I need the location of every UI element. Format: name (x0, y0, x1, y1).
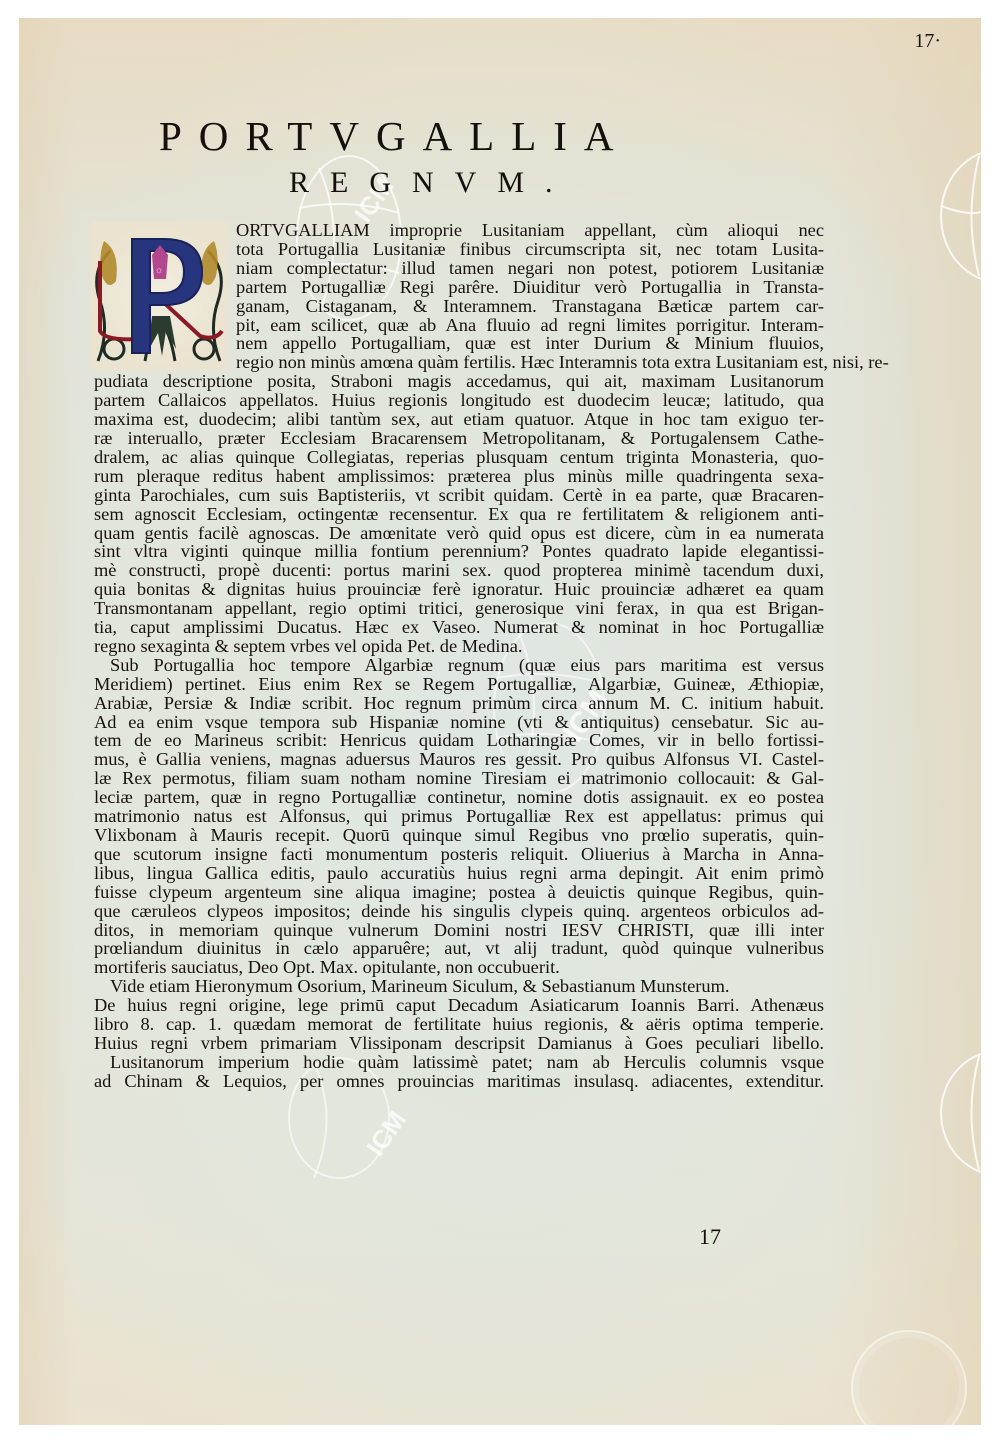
text-line: Vlixbonam à Mauris recepit. Quorū quinqu… (94, 826, 824, 845)
text-line: Arabiæ, Persiæ & Indiæ scribit. Hoc regn… (94, 694, 824, 713)
svg-text:ICM: ICM (360, 1105, 412, 1161)
text-line: Ad ea enim vsque tempora sub Hispaniæ no… (94, 713, 824, 732)
text-line: fuisse clypeum argenteum sine aliqua ima… (94, 883, 824, 902)
illuminated-letter-p-icon: ☼ (90, 221, 228, 371)
text-line: Transmontanam appellant, regio optimi tr… (94, 599, 824, 618)
text-line: rum pleraque reditus habent amplissimos:… (94, 467, 824, 486)
text-line: dralem, ac alias quinque Collegiatas, re… (94, 448, 824, 467)
globe-watermark-icon (939, 146, 981, 286)
page-title: PORTVGALLIA (159, 112, 631, 160)
text-line: regno sexaginta & septem vrbes vel opida… (94, 637, 824, 656)
text-line: Huius regni vrbem primariam Vlissiponam … (94, 1034, 824, 1053)
text-line: partem Callaicos appellatos. Huius regio… (94, 391, 824, 410)
text-line: leciæ partem, quæ in regno Portugalliæ c… (94, 788, 824, 807)
text-line: matrimonio natus est Alfonsus, qui primu… (94, 807, 824, 826)
text-line: Meridiem) pertinet. Eius enim Rex se Reg… (94, 675, 824, 694)
text-line: Lusitanorum imperium hodie quàm latissim… (94, 1053, 824, 1072)
text-line: libus, lingua Gallica editis, paulo accu… (94, 864, 824, 883)
page-number-top: 17· (914, 30, 941, 53)
svg-text:☼: ☼ (154, 265, 163, 276)
text-line: libro 8. cap. 1. quædam memorat de ferti… (94, 1015, 824, 1034)
text-line: ditos, in memoriam quinque vulnerum Domi… (94, 921, 824, 940)
text-line: prœliandum diuinitus in cælo apparuêre; … (94, 939, 824, 958)
text-line: ræ interuallo, præter Ecclesiam Bracaren… (94, 429, 824, 448)
globe-watermark-icon (939, 1048, 981, 1178)
body-text: ☼ ORTVGALLIAM improprie Lusitaniam appel… (94, 221, 824, 1091)
text-line: quam gentis facilè agnoscas. De amœnitat… (94, 524, 824, 543)
illuminated-initial: ☼ (90, 221, 232, 371)
text-line: De huius regni origine, lege primū caput… (94, 996, 824, 1015)
text-line: Vide etiam Hieronymum Osorium, Marineum … (94, 977, 824, 996)
text-line: pudiata descriptione posita, Straboni ma… (94, 372, 824, 391)
text-line: ad Chinam & Lequios, per omnes prouincia… (94, 1072, 824, 1091)
text-line: sint vltra viginti quinque millia fontiu… (94, 542, 824, 561)
text-line: Sub Portugallia hoc tempore Algarbiæ reg… (94, 656, 824, 675)
book-page: ICM ICM ICM 17· PORTVGALLIA R (19, 18, 981, 1425)
text-line: mus, è Gallia veniens, magnas aduersus M… (94, 750, 824, 769)
text-line: mè constructi, propè ducenti: portus mar… (94, 561, 824, 580)
text-line: mortiferis sauciatus, Deo Opt. Max. opit… (94, 958, 824, 977)
text-line: que cæruleos clypeos impositos; deinde h… (94, 902, 824, 921)
text-line: quia bonitas & dignitas huius prouinciæ … (94, 580, 824, 599)
page-subtitle: REGNVM. (289, 166, 574, 200)
text-line: que scutorum insigne facti monumentum po… (94, 845, 824, 864)
text-line: læ Rex permotus, filiam suam notham nomi… (94, 769, 824, 788)
text-line: tem de eo Marineus scribit: Henricus qui… (94, 731, 824, 750)
text-line: sem agnoscit Ecclesiam, octingentæ recen… (94, 505, 824, 524)
page-number-bottom: 17 (699, 1224, 721, 1250)
text-line: ginta Parochiales, cum suis Baptisteriis… (94, 486, 824, 505)
text-line: maxima est, duodecim; alibi tantùm sex, … (94, 410, 824, 429)
embossed-library-stamp (851, 1330, 967, 1444)
text-line: tia, caput amplissimi Ducatus. Hæc ex Va… (94, 618, 824, 637)
